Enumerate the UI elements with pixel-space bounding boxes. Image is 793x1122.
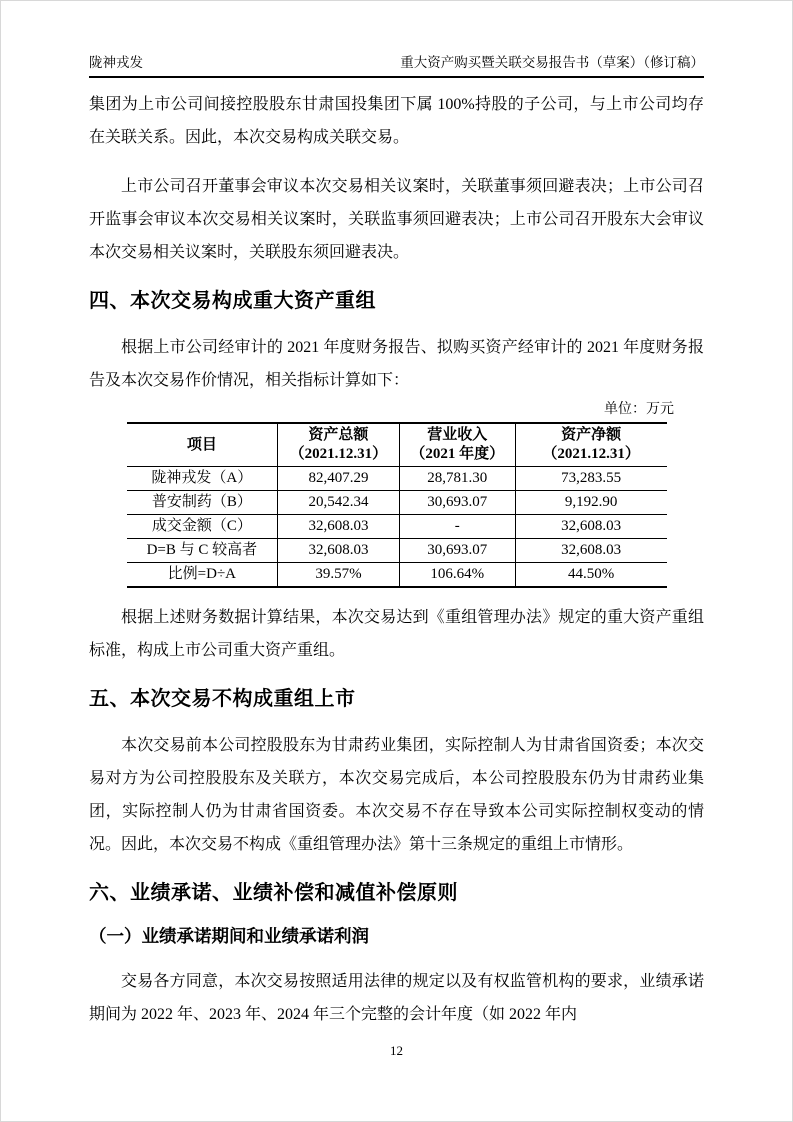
document-page: 陇神戎发 重大资产购买暨关联交易报告书（草案）（修订稿） 集团为上市公司间接控股… [0, 0, 793, 1122]
cell-value: 32,608.03 [278, 539, 400, 563]
financial-metrics-table: 项目 资产总额 （2021.12.31） 营业收入 （2021 年度） 资产净额… [127, 422, 667, 588]
table-row: 普安制药（B） 20,542.34 30,693.07 9,192.90 [127, 491, 667, 515]
table-row: 陇神戎发（A） 82,407.29 28,781.30 73,283.55 [127, 467, 667, 491]
paragraph-related-transaction: 集团为上市公司间接控股股东甘肃国投集团下属 100%持股的子公司，与上市公司均存… [89, 88, 704, 154]
cell-value: 32,608.03 [515, 539, 666, 563]
section4-conclusion-paragraph: 根据上述财务数据计算结果，本次交易达到《重组管理办法》规定的重大资产重组标准，构… [89, 601, 704, 667]
cell-value: 20,542.34 [278, 491, 400, 515]
row-label: D=B 与 C 较高者 [127, 539, 278, 563]
header-company-name: 陇神戎发 [89, 51, 143, 71]
cell-value: 28,781.30 [399, 467, 515, 491]
row-label: 比例=D÷A [127, 563, 278, 588]
row-label: 成交金额（C） [127, 515, 278, 539]
cell-value: 39.57% [278, 563, 400, 588]
cell-value: 9,192.90 [515, 491, 666, 515]
header-report-title: 重大资产购买暨关联交易报告书（草案）（修订稿） [400, 51, 704, 71]
section5-heading: 五、本次交易不构成重组上市 [89, 685, 704, 713]
table-row: 比例=D÷A 39.57% 106.64% 44.50% [127, 563, 667, 588]
cell-value: 32,608.03 [278, 515, 400, 539]
cell-value: - [399, 515, 515, 539]
cell-value: 44.50% [515, 563, 666, 588]
row-label: 普安制药（B） [127, 491, 278, 515]
table-header-row: 项目 资产总额 （2021.12.31） 营业收入 （2021 年度） 资产净额… [127, 423, 667, 467]
page-header: 陇神戎发 重大资产购买暨关联交易报告书（草案）（修订稿） [89, 51, 704, 78]
section6-heading: 六、业绩承诺、业绩补偿和减值补偿原则 [89, 879, 704, 907]
paragraph-voting-abstention: 上市公司召开董事会审议本次交易相关议案时，关联董事须回避表决；上市公司召开监事会… [89, 170, 704, 269]
column-header-item: 项目 [127, 423, 278, 467]
section6-paragraph: 交易各方同意，本次交易按照适用法律的规定以及有权监管机构的要求，业绩承诺期间为 … [89, 965, 704, 1031]
section4-intro-paragraph: 根据上市公司经审计的 2021 年度财务报告、拟购买资产经审计的 2021 年度… [89, 331, 704, 397]
column-header-total-assets: 资产总额 （2021.12.31） [278, 423, 400, 467]
section4-heading: 四、本次交易构成重大资产重组 [89, 287, 704, 315]
cell-value: 30,693.07 [399, 491, 515, 515]
table-row: D=B 与 C 较高者 32,608.03 30,693.07 32,608.0… [127, 539, 667, 563]
cell-value: 106.64% [399, 563, 515, 588]
column-header-net-assets: 资产净额 （2021.12.31） [515, 423, 666, 467]
page-number: 12 [1, 1043, 792, 1059]
section5-paragraph: 本次交易前本公司控股股东为甘肃药业集团，实际控制人为甘肃省国资委；本次交易对方为… [89, 729, 704, 861]
column-header-operating-revenue: 营业收入 （2021 年度） [399, 423, 515, 467]
table-row: 成交金额（C） 32,608.03 - 32,608.03 [127, 515, 667, 539]
cell-value: 73,283.55 [515, 467, 666, 491]
table-unit-label: 单位：万元 [89, 401, 704, 419]
cell-value: 32,608.03 [515, 515, 666, 539]
cell-value: 30,693.07 [399, 539, 515, 563]
section6-sub1-heading: （一）业绩承诺期间和业绩承诺利润 [89, 923, 704, 949]
cell-value: 82,407.29 [278, 467, 400, 491]
row-label: 陇神戎发（A） [127, 467, 278, 491]
